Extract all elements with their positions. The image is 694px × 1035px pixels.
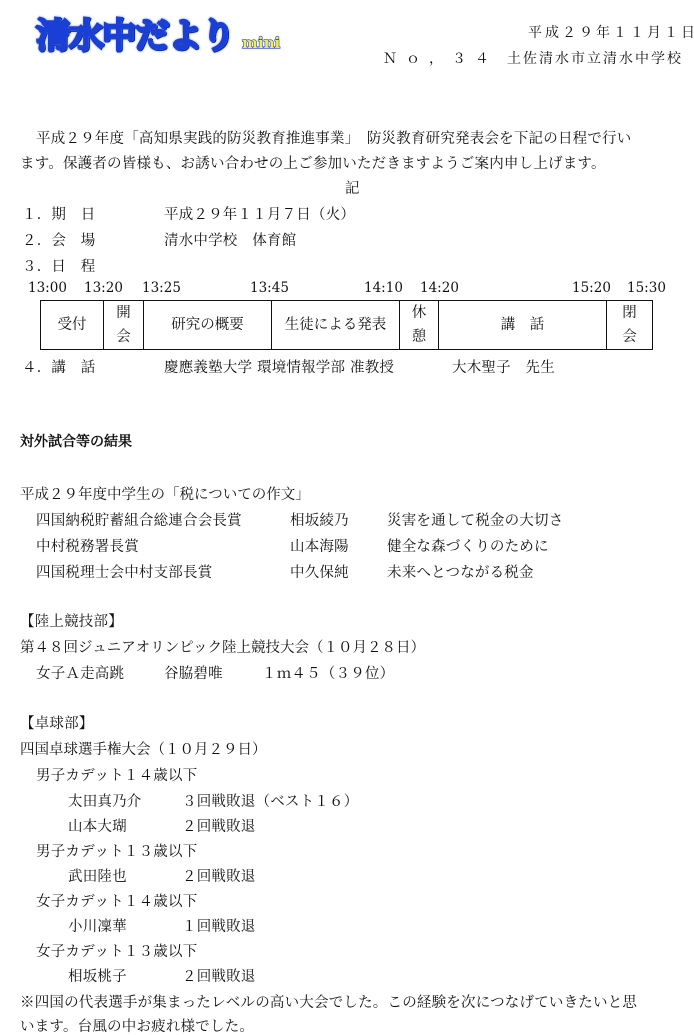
schedule-cell-closing: 閉 会 [607,301,652,349]
time-label: 15:30 [627,280,666,296]
intro-line-1: 平成２９年度「高知県実践的防災教育推進事業」 防災教育研究発表会を下記の日程で行… [36,127,631,148]
time-label: 13:25 [142,280,181,296]
table-tennis-event-title: 四国卓球選手権大会（１０月２９日） [20,738,267,759]
time-label: 13:00 [28,280,67,296]
time-label: 13:45 [250,280,289,296]
tt-category: 女子カデット１３歳以下 [36,940,197,961]
cell-label: 会 [622,325,637,349]
tt-player-result: ２回戦敗退 [182,965,256,986]
award-work: 災害を通して税金の大切さ [387,509,563,530]
issue-number: Ｎｏ，３４ [383,48,498,68]
tax-essay-title: 平成２９年度中学生の「税についての作文」 [20,483,310,504]
newsletter-logo: 清水中だより mini [36,12,280,58]
cell-label: 開 [116,301,131,325]
cell-label: 憩 [412,325,427,349]
detail-value-date: 平成２９年１１月７日（火） [164,203,355,224]
time-label: 14:10 [364,280,403,296]
award-name: 四国納税貯蓄組合総連合会長賞 [36,509,242,530]
detail-label-date: １．期 日 [22,203,96,224]
tt-player-result: ２回戦敗退 [182,865,256,886]
award-student: 相坂綾乃 [290,509,349,530]
schedule-cell-lecture: 講 話 [439,301,607,349]
cell-label: 生徒による発表 [285,313,387,337]
award-name: 四国税理士会中村支部長賞 [36,561,212,582]
schedule-cell-research-overview: 研究の概要 [144,301,272,349]
intro-line-2: ます。保護者の皆様も、お誘い合わせの上ご参加いただきますようご案内申し上げます。 [20,152,606,173]
tt-player-name: 山本大瑚 [68,815,127,836]
school-name: 土佐清水市立清水中学校 [507,48,683,68]
cell-label: 研究の概要 [171,313,244,337]
track-result-name: 谷脇碧唯 [164,662,223,683]
schedule-cell-opening: 開 会 [104,301,144,349]
tt-player-result: １回戦敗退 [182,915,256,936]
tt-player-name: 太田真乃介 [68,790,142,811]
tt-player-name: 相坂桃子 [68,965,127,986]
logo-title: 清水中だより [36,14,234,58]
track-club-heading: 【陸上競技部】 [20,610,123,631]
ki-heading: 記 [345,177,360,198]
tt-player-name: 武田陸也 [68,865,127,886]
tt-category: 男子カデット１４歳以下 [36,764,197,785]
tt-player-result: ３回戦敗退（ベスト１６） [182,790,358,811]
issue-date: 平成２９年１１月１日 [528,22,694,42]
track-result-value: １ｍ４５（３９位） [262,662,394,683]
cell-label: 会 [116,325,131,349]
tt-category: 男子カデット１３歳以下 [36,840,197,861]
lecturer-name: 大木聖子 先生 [452,356,555,377]
award-work: 未来へとつながる税金 [387,561,534,582]
time-label: 14:20 [420,280,459,296]
track-result-event: 女子Ａ走高跳 [36,662,124,683]
tt-category: 女子カデット１４歳以下 [36,890,197,911]
detail-label-lecture: ４．講 話 [22,356,96,377]
track-event-title: 第４８回ジュニアオリンピック陸上競技大会（１０月２８日） [20,636,425,657]
closing-note-line-1: ※四国の代表選手が集まったレベルの高い大会でした。この経験を次につなげていきたい… [20,991,637,1012]
schedule-table: 受付 開 会 研究の概要 生徒による発表 休 憩 講 話 閉 会 [40,300,653,350]
award-work: 健全な森づくりのために [387,535,549,556]
schedule-cell-break: 休 憩 [400,301,439,349]
cell-label: 講 話 [501,313,545,337]
detail-label-schedule: ３．日 程 [22,255,96,276]
tt-player-name: 小川凜華 [68,915,127,936]
time-label: 15:20 [572,280,611,296]
logo-subtitle: mini [242,34,280,52]
award-name: 中村税務署長賞 [36,535,139,556]
schedule-cell-student-presentation: 生徒による発表 [272,301,400,349]
award-student: 山本海陽 [290,535,349,556]
detail-label-venue: ２．会 場 [22,229,96,250]
schedule-cell-reception: 受付 [41,301,104,349]
cell-label: 休 [412,301,427,325]
results-section-title: 対外試合等の結果 [20,431,132,451]
lecturer-affiliation: 慶應義塾大学 環境情報学部 准教授 [164,356,394,377]
closing-note-line-2: います。台風の中お疲れ様でした。 [20,1015,254,1035]
table-tennis-club-heading: 【卓球部】 [20,712,94,733]
schedule-times: 13:00 13:20 13:25 13:45 14:10 14:20 15:2… [0,280,694,298]
cell-label: 閉 [622,301,637,325]
cell-label: 受付 [58,313,87,337]
tt-player-result: ２回戦敗退 [182,815,256,836]
time-label: 13:20 [84,280,123,296]
award-student: 中久保純 [290,561,349,582]
detail-value-venue: 清水中学校 体育館 [164,229,296,250]
